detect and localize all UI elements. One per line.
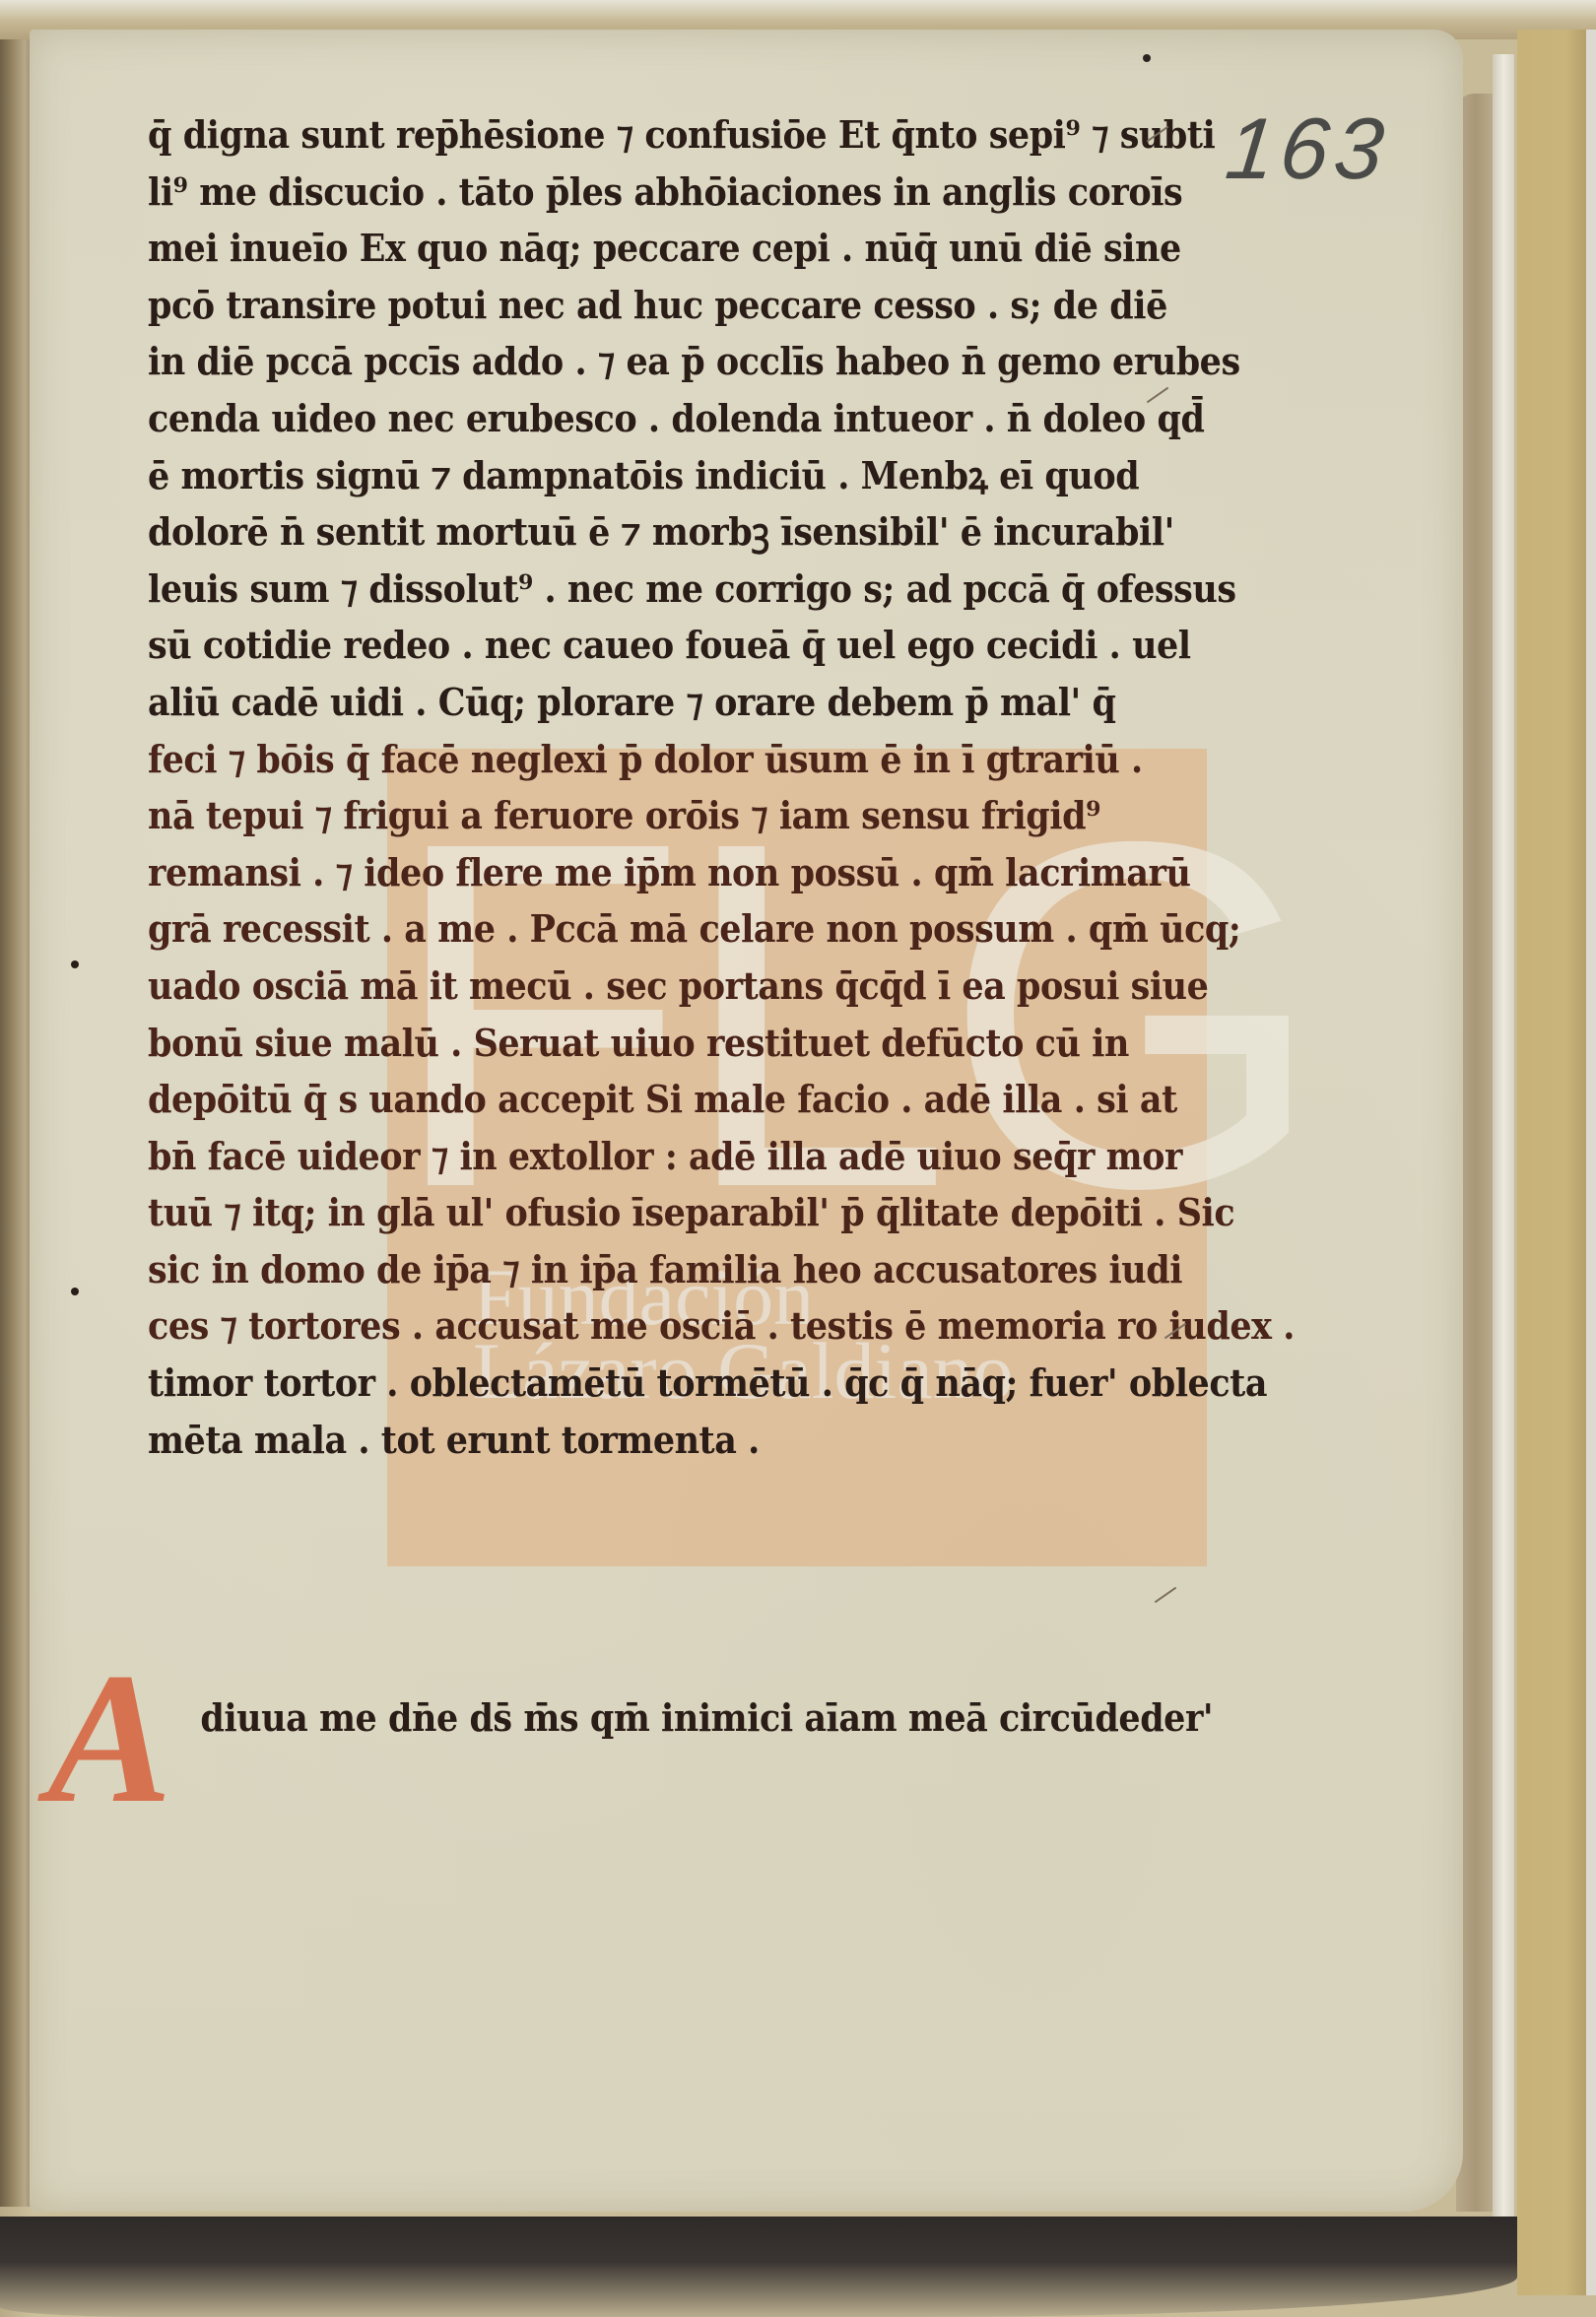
- text-line: pcō transire potui nec ad huc peccare ce…: [148, 277, 1072, 334]
- text-line: bonū siue malū . Seruat uiuo restituet d…: [148, 1015, 1072, 1072]
- text-line: bn̄ facē uideor ⁊ in extollor : adē illa…: [148, 1128, 1072, 1185]
- ink-dot: [1143, 54, 1151, 62]
- text-line: feci ⁊ bōis q̄ facē neglexi p̄ dolor ūsu…: [148, 731, 1072, 788]
- text-line: tuū ⁊ itq; in glā ul' ofusio īseparabil'…: [148, 1184, 1072, 1241]
- right-binding-board: [1517, 30, 1586, 2295]
- text-line: leuis sum ⁊ dissolut⁹ . nec me corrigo s…: [148, 561, 1072, 618]
- text-line: q̄ digna sunt rep̄hēsione ⁊ confusiōe Et…: [148, 106, 1072, 164]
- text-line: sū cotidie redeo . nec caueo foueā q̄ ue…: [148, 617, 1072, 674]
- text-line: dolorē n̄ sentit mortuū ē ⁊ morbꝫ īsensi…: [148, 503, 1072, 561]
- text-line: ē mortis signū ⁊ dampnatōis indiciū . Me…: [148, 447, 1072, 504]
- text-line: timor tortor . oblectamētū tormētū . q̄c…: [148, 1355, 1072, 1412]
- bottom-shadow: [0, 2217, 1517, 2317]
- text-line: li⁹ me discucio . tāto p̄les abhōiacione…: [148, 164, 1072, 221]
- text-line: remansi . ⁊ ideo flere me ip̄m non possū…: [148, 844, 1072, 901]
- text-line: sic in domo de ip̄a ⁊ in ip̄a familia he…: [148, 1241, 1072, 1298]
- right-white-guard: [1493, 54, 1514, 2251]
- manuscript-text: q̄ digna sunt rep̄hēsione ⁊ confusiōe Et…: [148, 106, 1153, 1468]
- margin-dot: [71, 960, 79, 968]
- text-line: in diē pccā pccīs addo . ⁊ ea p̄ occlīs …: [148, 333, 1072, 390]
- folio-number: 163: [1222, 99, 1395, 199]
- text-line: grā recessit . a me . Pccā mā celare non…: [148, 900, 1072, 958]
- margin-dot: [71, 1288, 79, 1295]
- text-line: mei inueīo Ex quo nāq; peccare cepi . nū…: [148, 220, 1072, 277]
- text-line: aliū cadē uidi . Cūq; plorare ⁊ orare de…: [148, 674, 1072, 731]
- text-line: uado osciā mā it mecū . sec portans q̄cq…: [148, 958, 1072, 1015]
- text-line: ces ⁊ tortores . accusat me osciā . test…: [148, 1297, 1072, 1355]
- text-line: nā tepui ⁊ frigui a feruore orōis ⁊ iam …: [148, 787, 1072, 844]
- text-line: depōitū q̄ s uando accepit Si male facio…: [148, 1071, 1072, 1128]
- text-line: diuua me dn̄e ds̄ m̄s qm̄ inimici aīam m…: [148, 1689, 1072, 1747]
- text-block-after-initial: diuua me dn̄e ds̄ m̄s qm̄ inimici aīam m…: [148, 1689, 1153, 1747]
- text-line: mēta mala . tot erunt tormenta .: [148, 1412, 1072, 1469]
- text-line: cenda uideo nec erubesco . dolenda intue…: [148, 390, 1072, 447]
